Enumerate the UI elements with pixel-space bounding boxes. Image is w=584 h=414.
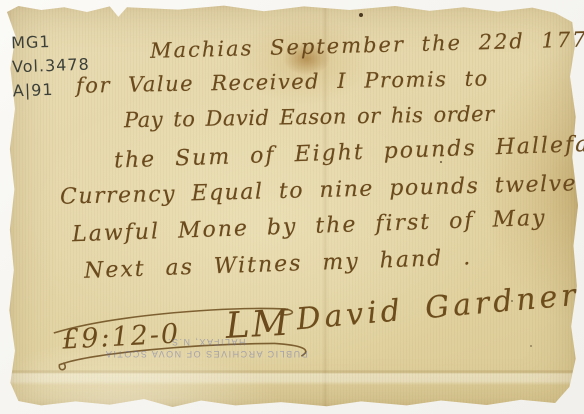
scan-background: MG1 Vol.3478 A|91 Machias September the … <box>0 0 584 414</box>
archive-stamp-location: HALIFAX, N.S. <box>96 336 316 348</box>
archive-stamp: PUBLIC ARCHIVES OF NOVA SCOTIA HALIFAX, … <box>96 336 316 360</box>
archive-stamp-name: PUBLIC ARCHIVES OF NOVA SCOTIA <box>96 348 316 360</box>
ink-speck <box>511 300 513 302</box>
amount-notation: £9:12-0 LM <box>46 291 329 378</box>
ink-speck <box>440 161 442 163</box>
ink-speck <box>359 13 363 17</box>
archival-collection-code: MG1 <box>11 29 90 56</box>
ink-speck <box>530 345 532 347</box>
